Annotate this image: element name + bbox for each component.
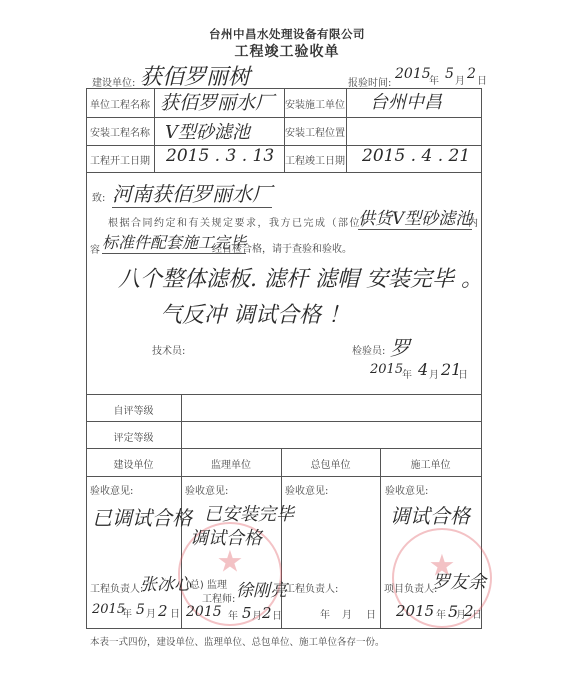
month-char: 月 [429, 366, 439, 381]
handwritten-remark-2: 气反冲 调试合格 ！ [160, 298, 350, 329]
opinion-label: 验收意见: [285, 482, 328, 497]
to-value: 河南获佰罗丽水厂 [112, 178, 272, 208]
general-contractor-sign-date: 年 月 日 [320, 606, 378, 622]
day-char: 日 [170, 605, 180, 620]
document-title: 工程竣工验收单 [0, 41, 574, 61]
year-char: 年 [436, 606, 446, 621]
inspector-signature: 罗 [390, 332, 410, 361]
header-supervisor: 监理单位 [181, 456, 281, 471]
constructor-sign-date: 2015 年 5 月 2 日 [396, 602, 480, 624]
company-name: 台州中昌水处理设备有限公司 [0, 26, 574, 42]
year: 2015 [186, 604, 222, 620]
client-opinion: 已调试合格 [92, 502, 192, 531]
client-value: 获佰罗丽树 [140, 60, 250, 91]
report-date: 2015 年 5 月 2 日 [395, 66, 485, 86]
notice-sentence-1: 根据合同约定和有关规定要求，我方已完成（部位） [108, 214, 373, 229]
unit-project-name-label: 单位工程名称 [86, 96, 154, 111]
self-grade-label: 自评等级 [86, 402, 181, 417]
installer-label: 安装施工单位 [284, 96, 346, 111]
supervisor-opinion-1: 已安装完毕 [204, 500, 294, 526]
month-char: 月 [146, 605, 156, 620]
month: 5 [136, 602, 145, 618]
constructor-signer: 罗友余 [432, 568, 486, 594]
handwritten-remark-1: 八个整体滤板. 滤杆 滤帽 安装完毕 。 [118, 262, 483, 293]
notice-sentence-4: 经自检合格，请于查验和验收。 [212, 240, 352, 255]
footer-note: 本表一式四份，建设单位、监理单位、总包单位、施工单位各存一份。 [90, 634, 385, 648]
client-signer: 张冰心 [140, 570, 191, 595]
year-char: 年 [402, 366, 412, 381]
supervisor-opinion-2: 调试合格 [190, 524, 262, 550]
month-char: 月 [252, 607, 262, 622]
unit-project-name-value: 获佰罗丽水厂 [160, 88, 274, 115]
completion-date-label: 工程竣工日期 [284, 152, 346, 167]
report-day: 2 [467, 66, 476, 82]
notice-sentence-3: 容 [90, 241, 100, 256]
client-label: 建设单位: [92, 74, 135, 89]
year-char: 年 [228, 607, 238, 622]
install-project-name-value: V型砂滤池 [165, 118, 250, 144]
report-year: 2015 [395, 66, 431, 82]
month-char: 月 [455, 72, 465, 87]
month: 5 [242, 604, 252, 622]
sign-month: 4 [418, 360, 428, 379]
signer-label: 工程负责人: [90, 580, 143, 595]
day-char: 日 [477, 72, 487, 87]
day: 2 [262, 604, 272, 622]
inspector-label: 检验员: [352, 342, 385, 357]
supervisor-sign-date: 2015 年 5 月 2 日 [186, 604, 278, 624]
opinion-label: 验收意见: [185, 482, 228, 497]
sign-year: 2015 [370, 362, 403, 377]
signer-label: 工程负责人: [285, 580, 338, 595]
start-date-label: 工程开工日期 [86, 152, 154, 167]
notice-sign-date: 2015 年 4 月 21 日 [370, 360, 470, 382]
scope-value: 供货V型砂滤池 [358, 204, 472, 230]
signer-label: 项目负责人: [384, 580, 437, 595]
opinion-label: 验收意见: [385, 482, 428, 497]
year: 2015 [396, 602, 434, 620]
technician-label: 技术员: [152, 342, 185, 357]
month-char: 月 [342, 606, 352, 621]
year-char: 年 [320, 606, 330, 621]
day-char: 日 [472, 606, 482, 621]
assessed-grade-label: 评定等级 [86, 429, 181, 444]
header-general-contractor: 总包单位 [281, 456, 380, 471]
year-char: 年 [122, 605, 132, 620]
supervisor-label-1: (总) 监理 [186, 576, 227, 591]
day-char: 日 [458, 366, 468, 381]
day-char: 日 [366, 606, 376, 621]
to-label: 致: [92, 189, 105, 204]
day: 2 [158, 602, 168, 620]
constructor-opinion: 调试合格 [390, 500, 470, 529]
supervisor-signer: 徐刚亮 [236, 576, 287, 601]
notice-sentence-2: 内 [468, 214, 478, 229]
report-time-label: 报验时间: [348, 74, 391, 89]
installer-value: 台州中昌 [370, 88, 442, 114]
report-month: 5 [445, 66, 454, 82]
year-char: 年 [429, 72, 439, 87]
install-project-name-label: 安装工程名称 [86, 124, 154, 139]
supervisor-label-2: 工程师: [202, 590, 235, 605]
day-char: 日 [272, 607, 282, 622]
completion-date-value: 2015 . 4 . 21 [362, 146, 470, 166]
header-client: 建设单位 [86, 456, 181, 471]
client-sign-date: 2015 年 5 月 2 日 [92, 602, 180, 622]
start-date-value: 2015 . 3 . 13 [166, 146, 274, 166]
header-constructor: 施工单位 [380, 456, 481, 471]
opinion-label: 验收意见: [90, 482, 133, 497]
year: 2015 [92, 602, 125, 617]
install-location-label: 安装工程位置 [284, 124, 346, 139]
